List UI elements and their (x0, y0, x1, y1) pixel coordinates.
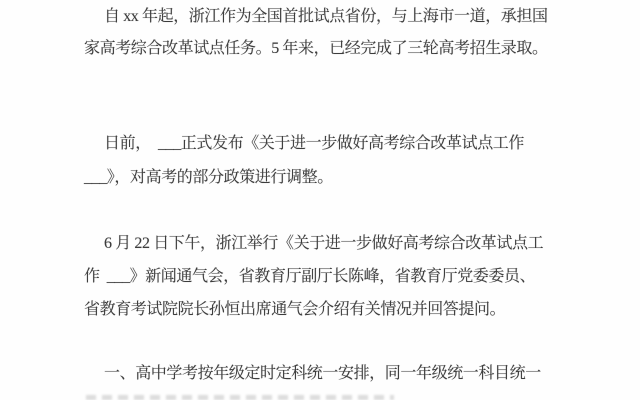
paragraph2-line1: 日前， ___正式发布《关于进一步做好高考综合改革试点工作 (104, 134, 524, 154)
document-page: 自 xx 年起，浙江作为全国首批试点省份，与上海市一道，承担国 家高考综合改革试… (0, 0, 640, 400)
paragraph2-line2: ___》，对高考的部分政策进行调整。 (84, 168, 333, 188)
paragraph1-line2: 家高考综合改革试点任务。5 年来，已经完成了三轮高考招生录取。 (84, 39, 548, 59)
paragraph3-line2: 作 ___》新闻通气会，省教育厅副厅长陈峰，省教育厅党委委员、 (84, 267, 535, 287)
paragraph4-line1: 一、高中学考按年级定时定科统一安排，同一年级统一科目统一 (104, 364, 541, 384)
paragraph3-line1: 6 月 22 日下午，浙江举行《关于进一步做好高考综合改革试点工 (104, 234, 543, 254)
clipped-next-text-line (86, 395, 394, 400)
paragraph3-line3: 省教育考试院院长孙恒出席通气会介绍有关情况并回答提问。 (84, 300, 505, 320)
paragraph1-line1: 自 xx 年起，浙江作为全国首批试点省份，与上海市一道，承担国 (104, 7, 548, 27)
